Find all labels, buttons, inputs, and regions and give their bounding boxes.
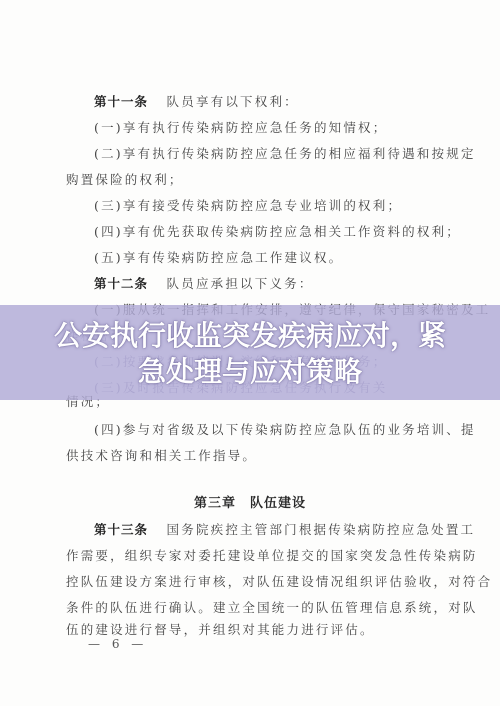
page-number: — 6 — (88, 637, 147, 651)
article-11-heading: 第十一条 队员享有以下权利： (94, 92, 299, 110)
right-item-2: (二)享有执行传染病防控应急任务的相应福利待遇和按规定 (94, 144, 476, 162)
right-item-3: (三)享有接受传染病防控应急专业培训的权利； (94, 196, 402, 214)
article-13-heading: 第十三条 国务院疾控主管部门根据传染病防控应急处置工 (94, 520, 475, 538)
duty-item-4-cont: 供技术咨询和相关工作指导。 (66, 446, 257, 464)
article-number: 第十三条 (94, 522, 148, 537)
article-13-line: 条件的队伍进行确认。建立全国统一的队伍管理信息系统，对队 (66, 598, 478, 616)
chapter-heading: 第三章队伍建设 (0, 492, 500, 511)
article-13-line: 伍的建设进行督导，并组织对其能力进行评估。 (66, 620, 375, 638)
right-item-1: (一)享有执行传染病防控应急任务的知情权； (94, 118, 387, 136)
right-item-4: (四)享有优先获取传染病防控应急相关工作资料的权利； (94, 222, 461, 240)
right-item-2-cont: 购置保险的权利； (66, 170, 184, 188)
article-number: 第十一条 (94, 94, 148, 109)
article-12-heading: 第十二条 队员应承担以下义务： (94, 274, 314, 292)
article-13-line: 控队伍建设方案进行审核，对队伍建设情况组织评估验收，对符合 (66, 572, 492, 590)
banner-title: 公安执行收监突发疾病应对，紧 急处理与应对策略 (0, 318, 500, 390)
right-item-5: (五)享有传染病防控应急工作建议权。 (94, 248, 343, 266)
duty-item-4: (四)参与对省级及以下传染病防控应急队伍的业务培训、提 (94, 420, 476, 438)
article-13-line: 作需要，组织专家对委托建设单位提交的国家突发急性传染病防 (66, 546, 478, 564)
article-number: 第十二条 (94, 276, 148, 291)
